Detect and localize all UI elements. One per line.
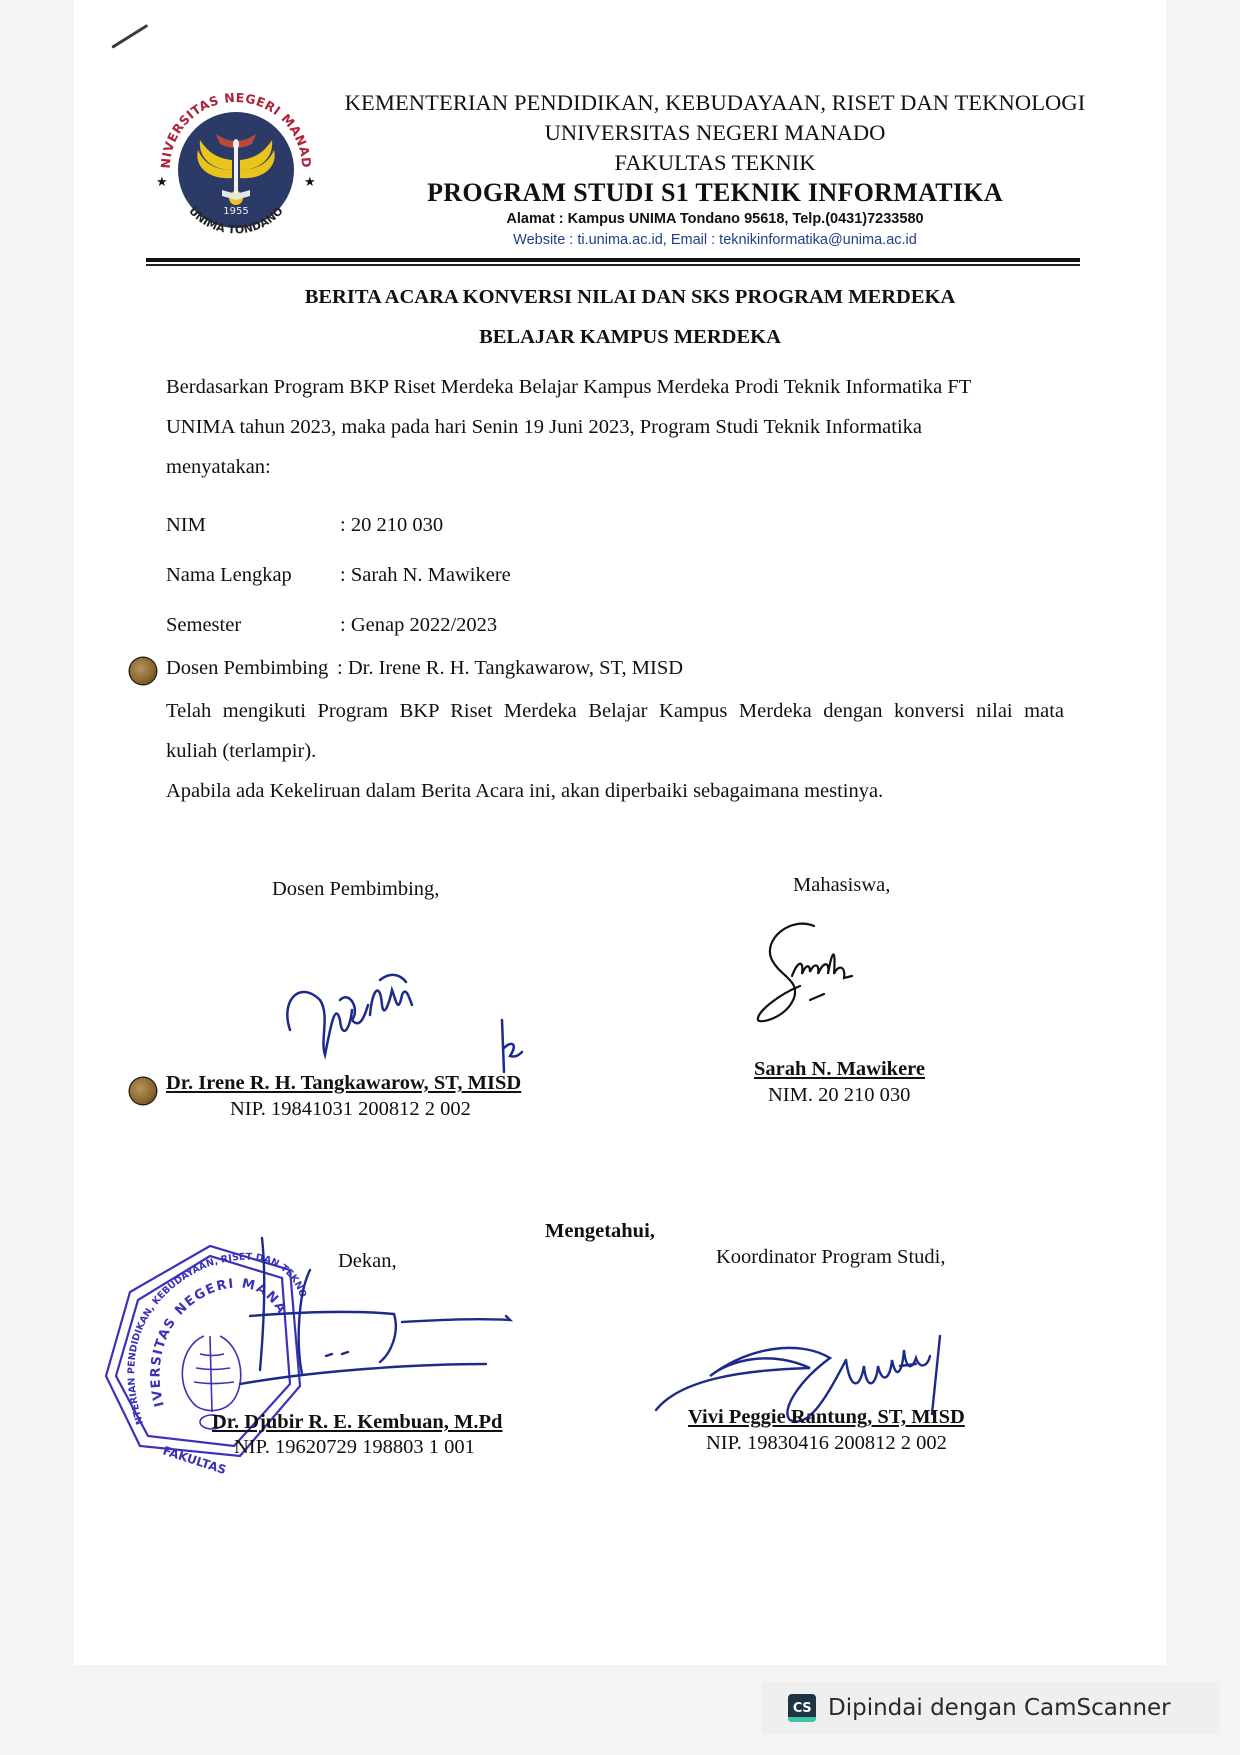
camscanner-text: Dipindai dengan CamScanner: [828, 1695, 1171, 1721]
field-label-nim: NIM: [166, 514, 206, 537]
faculty-name: FAKULTAS TEKNIK: [330, 150, 1100, 176]
field-value-name: : Sarah N. Mawikere: [340, 564, 511, 587]
advisor-name: Dr. Irene R. H. Tangkawarow, ST, MISD: [166, 1072, 521, 1095]
dean-nip: NIP. 19620729 198803 1 001: [234, 1436, 475, 1459]
advisor-role: Dosen Pembimbing,: [272, 878, 439, 901]
svg-text:1955: 1955: [223, 206, 248, 217]
document-title: BERITA ACARA KONVERSI NILAI DAN SKS PROG…: [150, 286, 1110, 309]
header-divider-thin: [146, 264, 1080, 266]
camscanner-logo-icon: CS: [788, 1694, 816, 1722]
dean-signature: [180, 1234, 520, 1374]
header-divider: [146, 258, 1080, 262]
intro-line-2: UNIMA tahun 2023, maka pada hari Senin 1…: [166, 416, 922, 439]
dean-name: Dr. Djubir R. E. Kembuan, M.Pd: [212, 1411, 502, 1434]
student-name: Sarah N. Mawikere: [754, 1058, 925, 1081]
statement-line-1: Telah mengikuti Program BKP Riset Merdek…: [166, 700, 1064, 723]
advisor-nip: NIP. 19841031 200812 2 002: [230, 1098, 471, 1121]
field-label-name: Nama Lengkap: [166, 564, 292, 587]
advisor-initial-mark: [496, 1018, 526, 1076]
coordinator-nip: NIP. 19830416 200812 2 002: [706, 1432, 947, 1455]
field-value-nim: : 20 210 030: [340, 514, 443, 537]
punch-hole: [130, 658, 156, 684]
svg-text:FAKULTAS: FAKULTAS: [161, 1444, 228, 1478]
field-label-semester: Semester: [166, 614, 241, 637]
address-line: Alamat : Kampus UNIMA Tondano 95618, Tel…: [330, 211, 1100, 227]
field-value-advisor: : Dr. Irene R. H. Tangkawarow, ST, MISD: [337, 657, 683, 680]
intro-line-1: Berdasarkan Program BKP Riset Merdeka Be…: [166, 376, 971, 399]
advisor-signature: [280, 960, 460, 1070]
student-nim: NIM. 20 210 030: [768, 1084, 910, 1107]
program-name: PROGRAM STUDI S1 TEKNIK INFORMATIKA: [330, 178, 1100, 208]
punch-hole: [130, 1078, 156, 1104]
ministry-name: KEMENTERIAN PENDIDIKAN, KEBUDAYAAN, RISE…: [330, 90, 1100, 116]
field-label-advisor: Dosen Pembimbing: [166, 657, 328, 680]
student-role: Mahasiswa,: [793, 874, 890, 897]
closing-statement: Apabila ada Kekeliruan dalam Berita Acar…: [166, 780, 883, 803]
coordinator-name: Vivi Peggie Rantung, ST, MISD: [688, 1406, 965, 1429]
student-signature: [750, 920, 900, 1040]
coordinator-role: Koordinator Program Studi,: [716, 1246, 945, 1269]
intro-line-3: menyatakan:: [166, 456, 271, 479]
website-email-line: Website : ti.unima.ac.id, Email : teknik…: [330, 232, 1100, 248]
field-value-semester: : Genap 2022/2023: [340, 614, 497, 637]
document-subtitle: BELAJAR KAMPUS MERDEKA: [150, 326, 1110, 349]
svg-text:★: ★: [156, 174, 168, 189]
statement-line-2: kuliah (terlampir).: [166, 740, 316, 763]
svg-text:★: ★: [304, 174, 316, 189]
acknowledged-label: Mengetahui,: [545, 1220, 655, 1243]
camscanner-watermark: CS Dipindai dengan CamScanner: [762, 1682, 1220, 1734]
university-name: UNIVERSITAS NEGERI MANADO: [330, 120, 1100, 146]
university-emblem-icon: 1955 UNIVERSITAS NEGERI MANADO UNIMA TON…: [142, 70, 328, 256]
